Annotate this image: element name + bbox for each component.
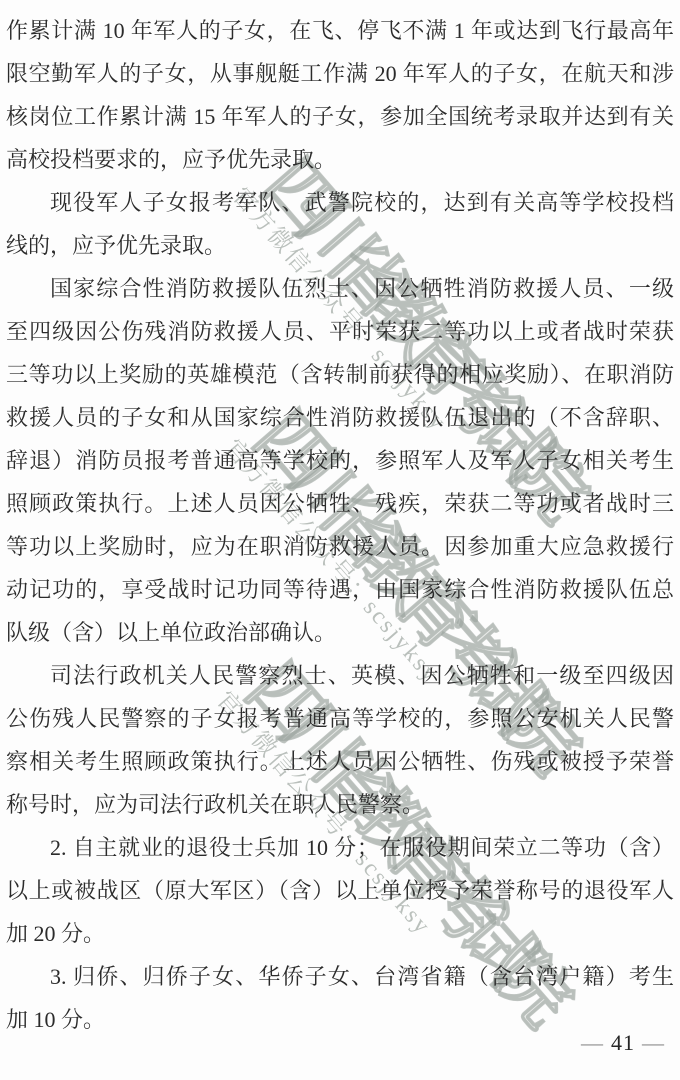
text-line: 等功以上奖励时，应为在职消防救援人员。因参加重大应急救援行 [6,525,674,568]
text-line: 线的，应予优先录取。 [6,224,674,267]
text-line: 现役军人子女报考军队、武警院校的，达到有关高等学校投档 [6,181,674,224]
text-line: 加 10 分。 [6,998,674,1041]
text-line: 动记功的，享受战时记功同等待遇，由国家综合性消防救援队伍总 [6,568,674,611]
text-line: 国家综合性消防救援队伍烈士、因公牺牲消防救援人员、一级 [6,267,674,310]
text-line: 高校投档要求的，应予优先录取。 [6,138,674,181]
text-line: 3. 归侨、归侨子女、华侨子女、台湾省籍（含台湾户籍）考生 [6,955,674,998]
text-line: 2. 自主就业的退役士兵加 10 分；在服役期间荣立二等功（含） [6,826,674,869]
text-line: 辞退）消防员报考普通高等学校的，参照军人及军人子女相关考生 [6,439,674,482]
text-line: 三等功以上奖励的英雄模范（含转制前获得的相应奖励）、在职消防 [6,353,674,396]
text-line: 限空勤军人的子女，从事舰艇工作满 20 年军人的子女，在航天和涉 [6,52,674,95]
document-body: 作累计满 10 年军人的子女，在飞、停飞不满 1 年或达到飞行最高年限空勤军人的… [6,9,674,1041]
text-line: 救援人员的子女和从国家综合性消防救援队伍退出的（不含辞职、 [6,396,674,439]
text-line: 察相关考生照顾政策执行。上述人员因公牺牲、伤残或被授予荣誉 [6,740,674,783]
text-line: 加 20 分。 [6,912,674,955]
text-line: 至四级因公伤残消防救援人员、平时荣获二等功以上或者战时荣获 [6,310,674,353]
text-line: 称号时，应为司法行政机关在职人民警察。 [6,783,674,826]
page-number: —41— [581,1030,665,1056]
page-number-value: 41 [611,1030,635,1055]
text-line: 作累计满 10 年军人的子女，在飞、停飞不满 1 年或达到飞行最高年 [6,9,674,52]
page-number-dash-left: — [581,1030,604,1055]
page-number-dash-right: — [642,1030,665,1055]
text-line: 核岗位工作累计满 15 年军人的子女，参加全国统考录取并达到有关 [6,95,674,138]
text-line: 以上或被战区（原大军区）（含）以上单位授予荣誉称号的退役军人 [6,869,674,912]
text-line: 队级（含）以上单位政治部确认。 [6,611,674,654]
text-line: 照顾政策执行。上述人员因公牺牲、残疾，荣获二等功或者战时三 [6,482,674,525]
document-page: 四川省教育考试院官方微信公众号：scsjyksy四川省教育考试院官方微信公众号：… [0,0,680,1080]
text-line: 公伤残人民警察的子女报考普通高等学校的，参照公安机关人民警 [6,697,674,740]
text-line: 司法行政机关人民警察烈士、英模、因公牺牲和一级至四级因 [6,654,674,697]
